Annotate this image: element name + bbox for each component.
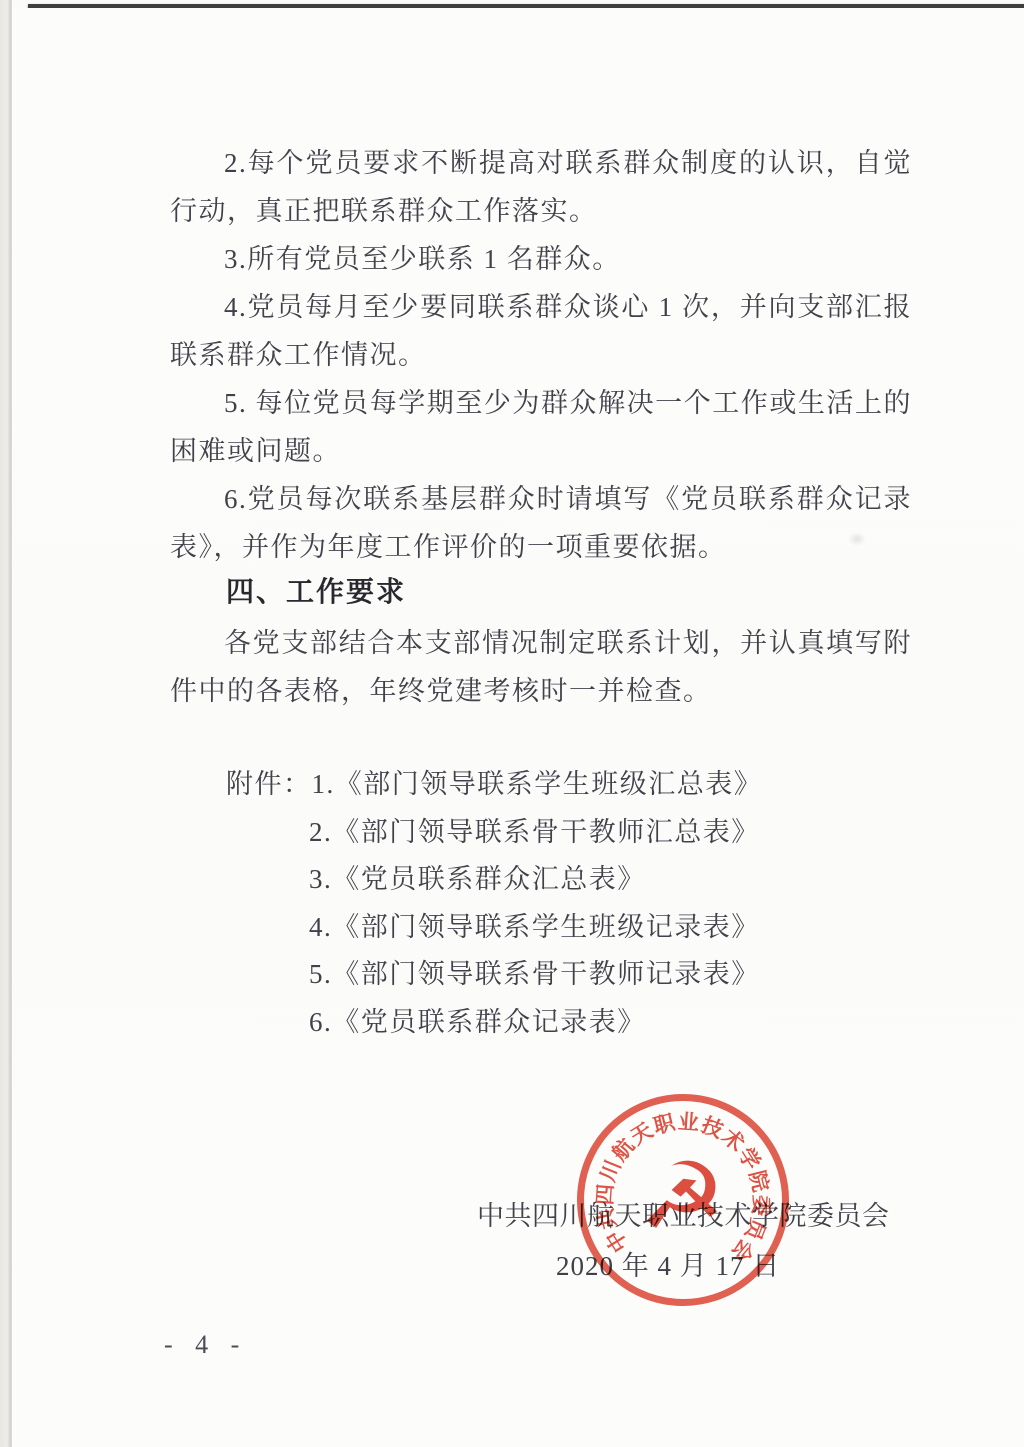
paragraph-item-3: 3.所有党员至少联系 1 名群众。	[170, 235, 912, 283]
attachment-item-3: 3.《党员联系群众汇总表》	[170, 856, 930, 904]
page-number: - 4 -	[164, 1330, 247, 1360]
attachment-item-4: 4.《部门领导联系学生班级记录表》	[170, 904, 930, 952]
attachment-item-5: 5.《部门领导联系骨干教师记录表》	[170, 951, 930, 999]
scanned-document-page: { "doc": { "paragraphs": [ { "text": "2.…	[0, 0, 1024, 1447]
scan-edge-left	[0, 0, 12, 1447]
section-heading-work-requirements: 四、工作要求	[170, 568, 406, 616]
paragraph-item-6: 6.党员每次联系基层群众时请填写《党员联系群众记录表》，并作为年度工作评价的一项…	[170, 475, 912, 571]
hammer-and-sickle-icon: ☭	[637, 1148, 729, 1249]
attachments-list: 附件：1.《部门领导联系学生班级汇总表》 2.《部门领导联系骨干教师汇总表》 3…	[170, 761, 930, 1046]
paragraph-item-2: 2.每个党员要求不断提高对联系群众制度的认识，自觉行动，真正把联系群众工作落实。	[170, 139, 912, 235]
attachments-label: 附件：	[226, 769, 312, 799]
attachment-item-1: 1.《部门领导联系学生班级汇总表》	[312, 769, 763, 799]
paragraph-item-4: 4.党员每月至少要同联系群众谈心 1 次，并向支部汇报联系群众工作情况。	[170, 283, 912, 379]
attachment-line-1: 附件：1.《部门领导联系学生班级汇总表》	[170, 761, 930, 809]
attachment-item-2: 2.《部门领导联系骨干教师汇总表》	[170, 809, 930, 857]
paragraph-item-5: 5. 每位党员每学期至少为群众解决一个工作或生活上的困难或问题。	[170, 379, 912, 475]
attachment-item-6: 6.《党员联系群众记录表》	[170, 999, 930, 1047]
paragraph-work-requirements-body: 各党支部结合本支部情况制定联系计划，并认真填写附件中的各表格，年终党建考核时一并…	[170, 619, 912, 715]
official-seal: 中共四川航天职业技术学院委员会 ☭	[570, 1087, 796, 1313]
